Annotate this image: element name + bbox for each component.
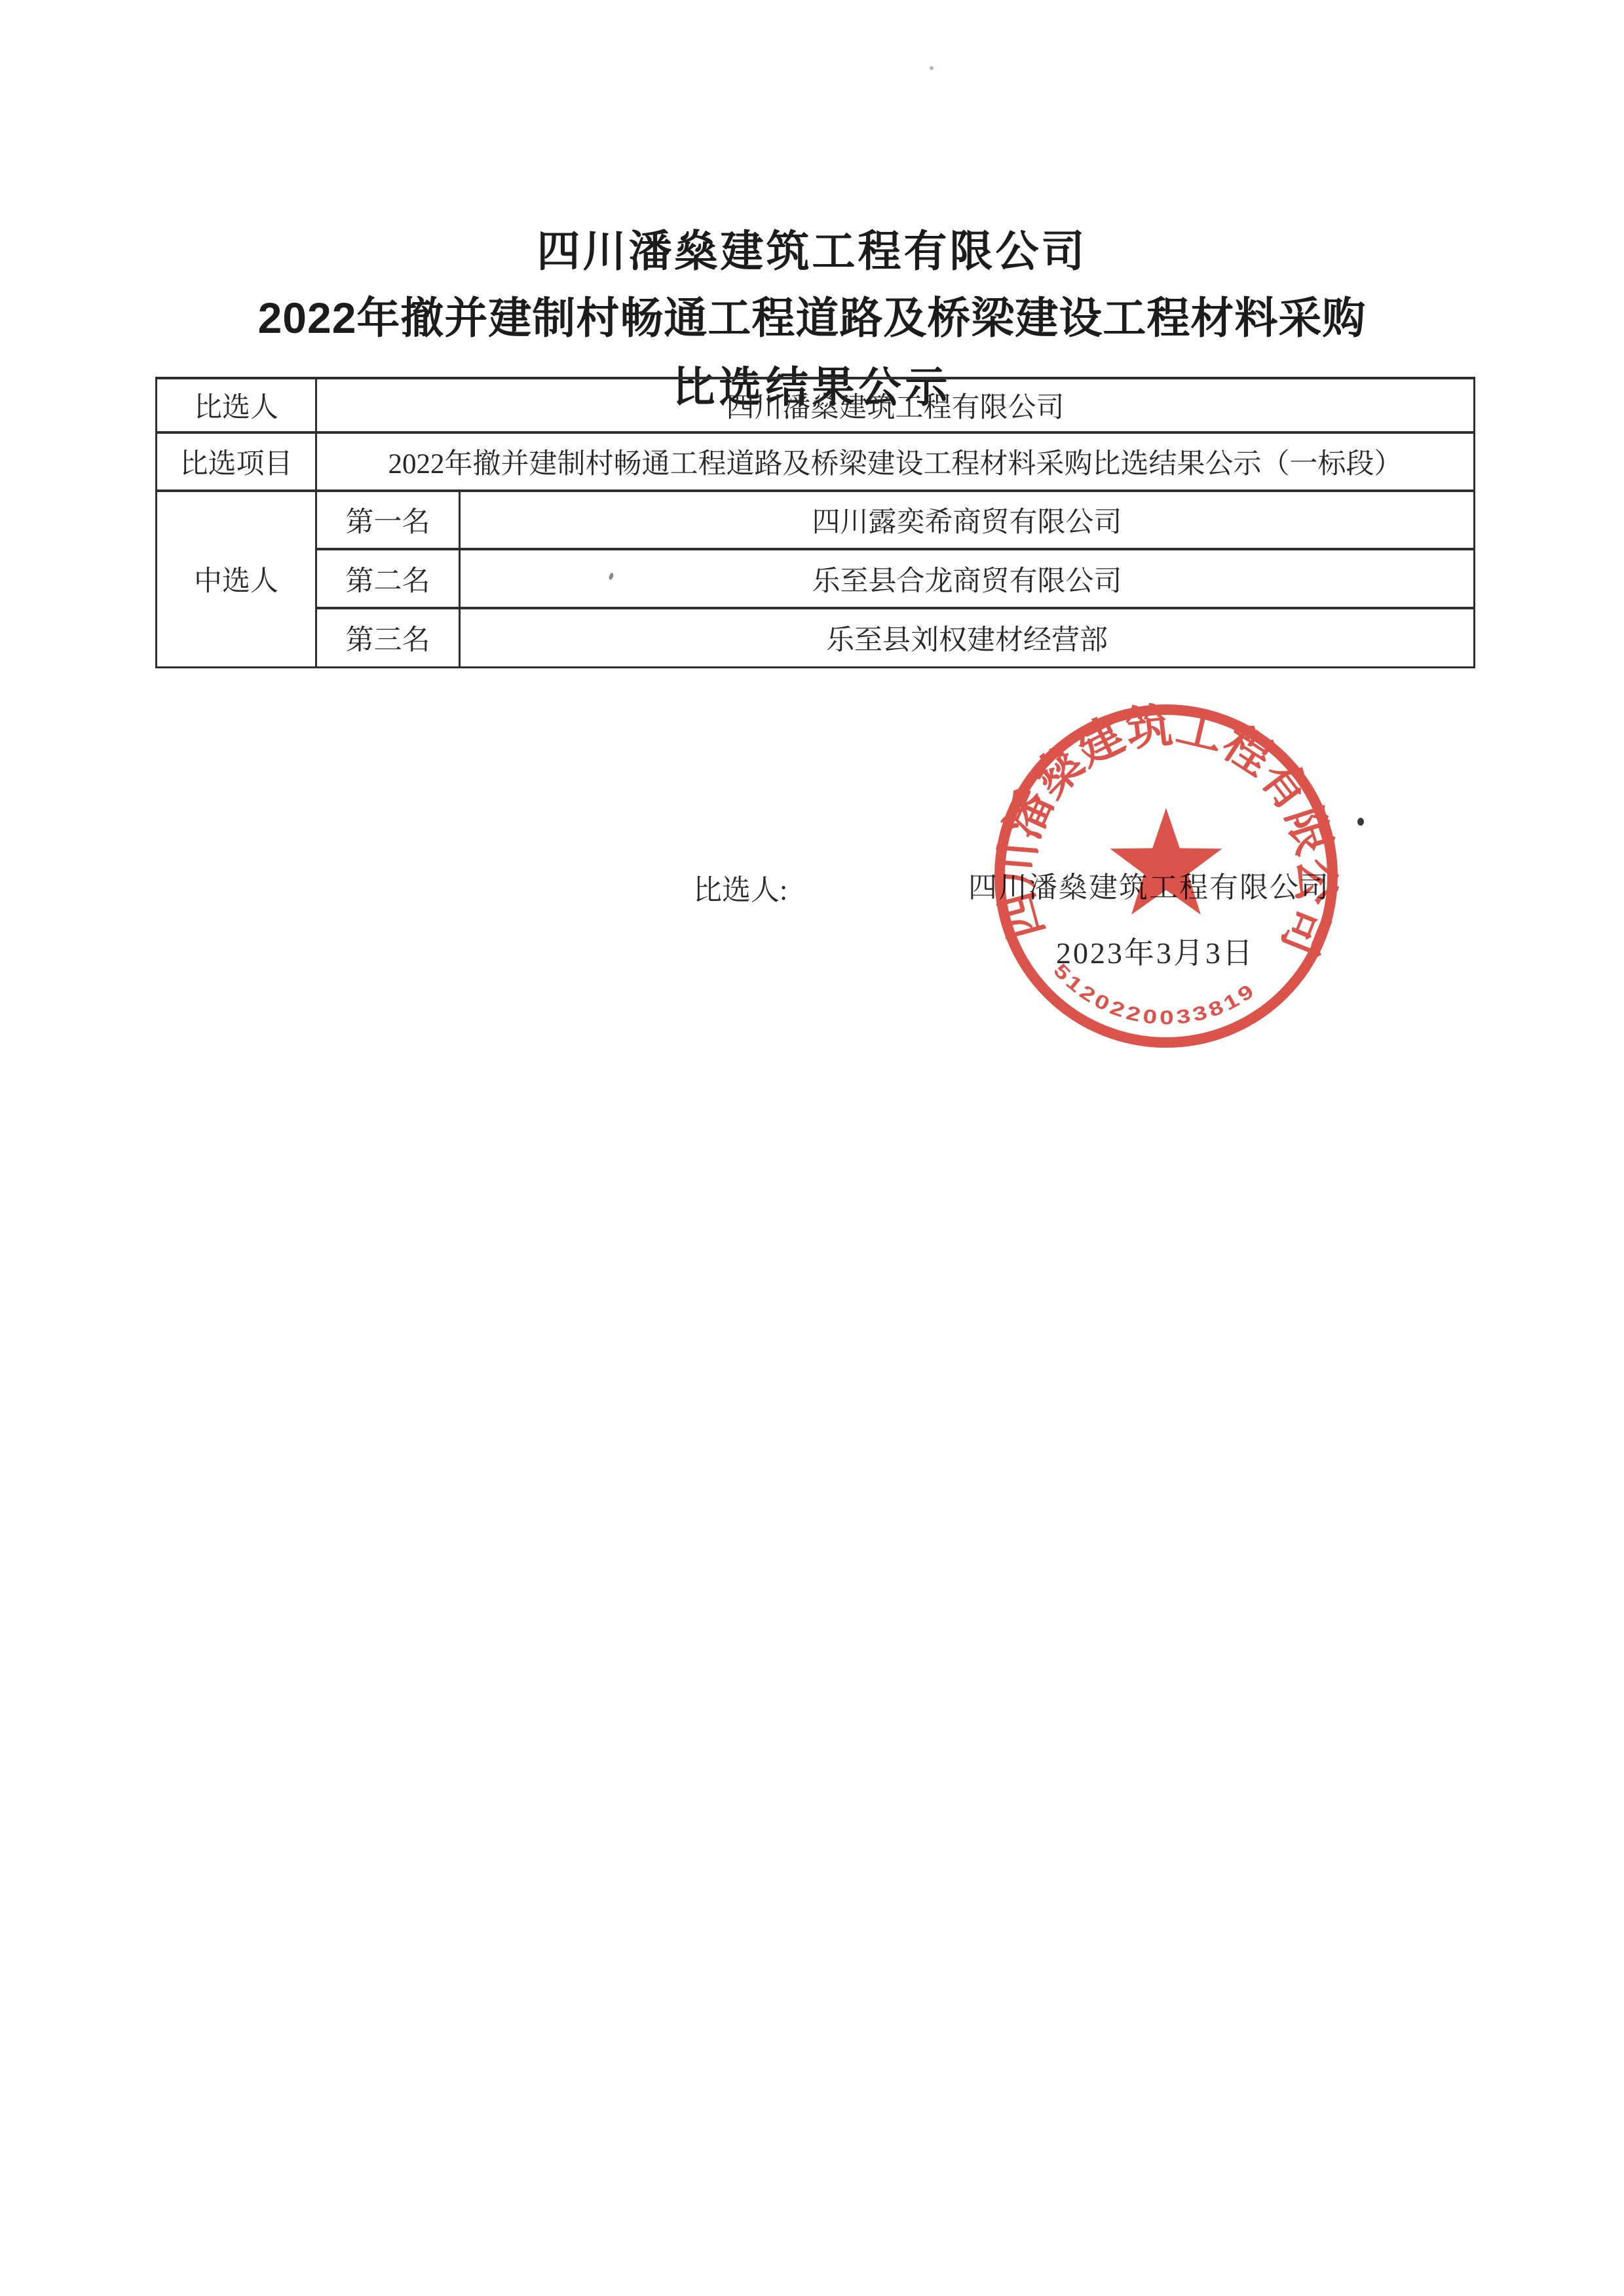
winner-3: 乐至县刘权建材经营部 [460, 608, 1475, 667]
company-seal-stamp: 四川潘燊建筑工程有限公司 5120220033819 [983, 693, 1350, 1060]
value-project: 2022年撤并建制村畅通工程道路及桥梁建设工程材料采购比选结果公示（一标段） [316, 432, 1475, 491]
table-row-bixuanren: 比选人 四川潘燊建筑工程有限公司 [157, 378, 1475, 432]
winner-1: 四川露奕希商贸有限公司 [460, 491, 1475, 549]
scan-speck [1357, 818, 1364, 826]
rank-1: 第一名 [316, 491, 460, 549]
signature-label: 比选人: [693, 866, 787, 908]
table-row-winner-2: 第二名 乐至县合龙商贸有限公司 [157, 549, 1475, 608]
label-bixuanren: 比选人 [157, 378, 316, 432]
table-row-winner-1: 中选人 第一名 四川露奕希商贸有限公司 [157, 491, 1475, 549]
page-title-company: 四川潘燊建筑工程有限公司 [0, 216, 1624, 278]
rank-2: 第二名 [316, 549, 460, 608]
scan-speck [930, 66, 934, 70]
seal-star-icon [1110, 808, 1222, 915]
value-bixuanren: 四川潘燊建筑工程有限公司 [316, 378, 1475, 432]
label-project: 比选项目 [157, 432, 316, 491]
rank-3: 第三名 [316, 608, 460, 667]
page-title-project: 2022年撤并建制村畅通工程道路及桥梁建设工程材料采购 [0, 283, 1624, 345]
result-table: 比选人 四川潘燊建筑工程有限公司 比选项目 2022年撤并建制村畅通工程道路及桥… [155, 377, 1475, 668]
label-winners: 中选人 [157, 491, 316, 667]
table-row-project: 比选项目 2022年撤并建制村畅通工程道路及桥梁建设工程材料采购比选结果公示（一… [157, 432, 1475, 491]
table-row-winner-3: 第三名 乐至县刘权建材经营部 [157, 608, 1475, 667]
